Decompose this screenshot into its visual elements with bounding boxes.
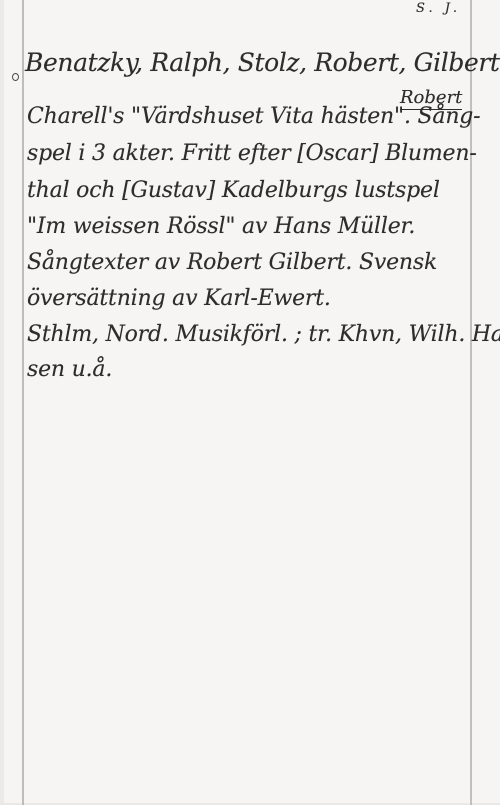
body-line: thal och [Gustav] Kadelburgs lustspel bbox=[27, 178, 440, 203]
paper-left-edge bbox=[0, 0, 4, 805]
margin-circle-mark bbox=[12, 73, 19, 81]
body-line: "Im weissen Rössl" av Hans Müller. bbox=[27, 214, 415, 239]
corner-shelf-mark: S. J. bbox=[416, 1, 461, 16]
body-line: sen u.å. bbox=[27, 357, 112, 382]
heading-authors: Benatzky, Ralph, Stolz, Robert, Gilbert, bbox=[25, 48, 500, 77]
left-margin-rule bbox=[22, 0, 24, 805]
catalog-card-scan: S. J. Benatzky, Ralph, Stolz, Robert, Gi… bbox=[0, 0, 500, 805]
body-line: Charell's "Värdshuset Vita hästen". Sång… bbox=[27, 104, 480, 129]
body-line: spel i 3 akter. Fritt efter [Oscar] Blum… bbox=[27, 141, 477, 166]
body-line: Sthlm, Nord. Musikförl. ; tr. Khvn, Wilh… bbox=[27, 322, 500, 347]
body-line: översättning av Karl-Ewert. bbox=[27, 286, 331, 311]
body-line: Sångtexter av Robert Gilbert. Svensk bbox=[27, 250, 437, 275]
